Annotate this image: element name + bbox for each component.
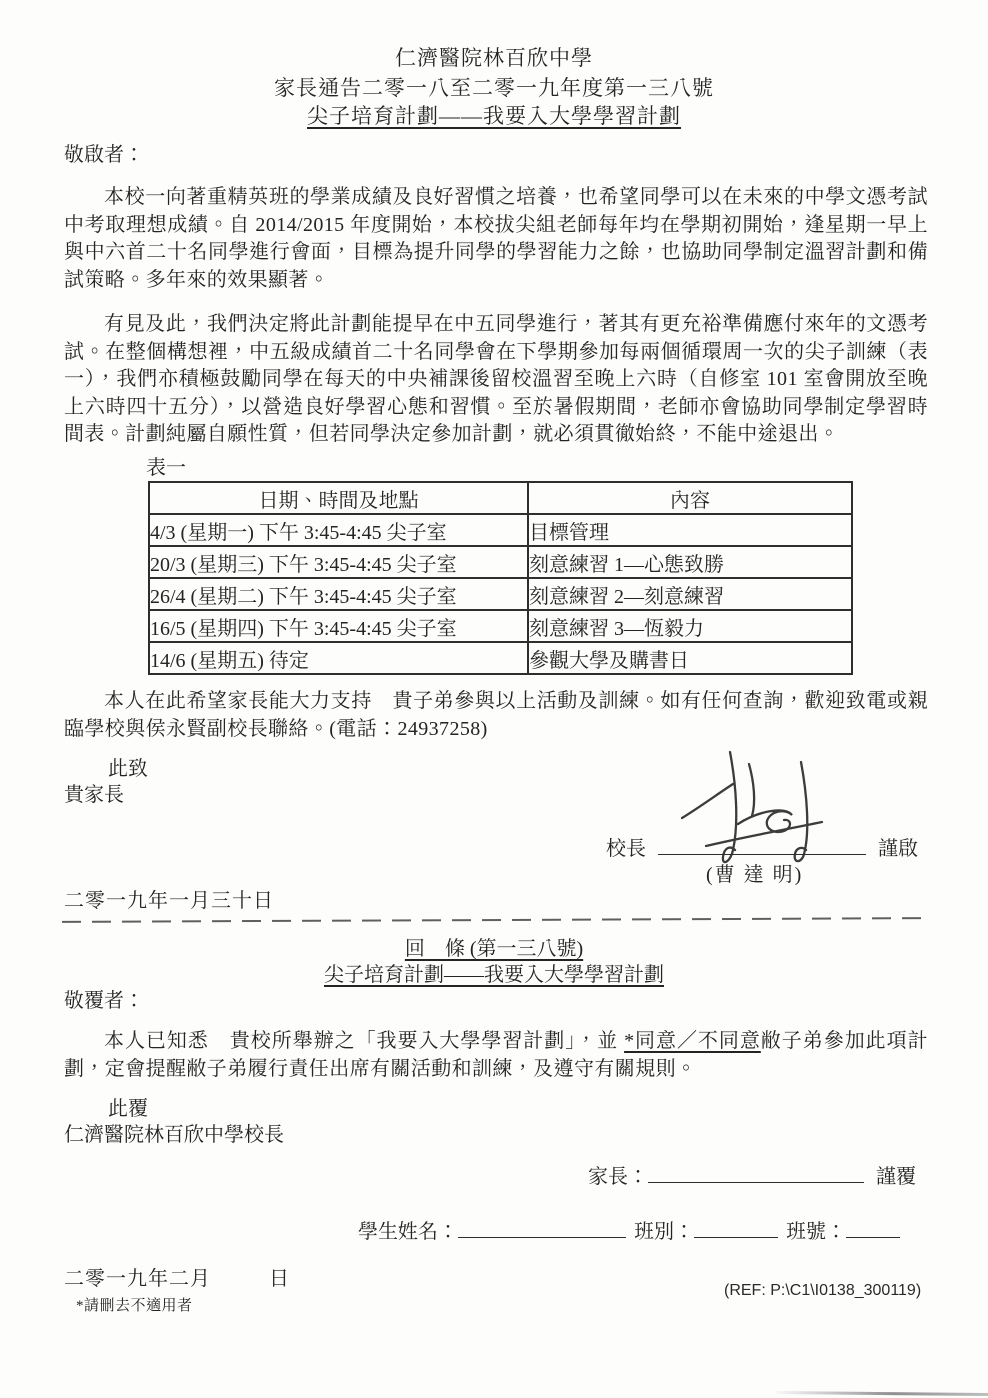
class-label: 班別： <box>634 1215 694 1244</box>
table-header-row: 日期、時間及地點 內容 <box>149 482 852 514</box>
table-cell-datetime: 26/4 (星期二) 下午 3:45-4:45 尖子室 <box>149 578 528 610</box>
agree-disagree-choice: *同意／不同意 <box>624 1030 761 1052</box>
student-name-blank <box>458 1215 626 1238</box>
table-cell-datetime: 4/3 (星期一) 下午 3:45-4:45 尖子室 <box>149 514 528 546</box>
student-name-label: 學生姓名： <box>358 1215 458 1244</box>
schedule-table: 日期、時間及地點 內容 4/3 (星期一) 下午 3:45-4:45 尖子室 目… <box>148 481 853 675</box>
principal-sign-line <box>658 832 866 855</box>
principal-label: 校長 <box>606 832 646 861</box>
paragraph-3: 本人在此希望家長能大力支持 貴子弟參與以上活動及訓練。如有任何查詢，歡迎致電或親… <box>64 688 928 743</box>
table-cell-content: 參觀大學及購書日 <box>528 642 852 674</box>
notice-number-text: 家長通告二零一八至二零一九年度第一三八號 <box>274 76 714 100</box>
table-cell-content: 刻意練習 3—恆毅力 <box>528 610 852 642</box>
reply-date-suffix: 日 <box>269 1262 290 1291</box>
parent-sign-blank <box>648 1160 864 1183</box>
school-name: 仁濟醫院林百欣中學 <box>0 44 988 72</box>
principal-sign-row: 校長 謹啟 <box>606 832 918 861</box>
reply-paragraph: 本人已知悉 貴校所舉辦之「我要入大學學習計劃」，並 *同意／不同意敝子弟參加此項… <box>64 1028 928 1083</box>
paragraph-2: 有見及此，我們決定將此計劃能提早在中五同學進行，著其有更充裕準備應付來年的文憑考… <box>64 311 928 449</box>
table-cell-content: 刻意練習 2—刻意練習 <box>528 578 852 610</box>
reply-slip-title-text: 回 條 (第一三八號) <box>405 938 583 960</box>
table-cell-datetime: 14/6 (星期五) 待定 <box>149 642 528 674</box>
parent-sign-row: 家長： 謹覆 <box>588 1160 916 1189</box>
reply-slip-title: 回 條 (第一三八號) <box>0 932 988 961</box>
student-info-row: 學生姓名： 班別： 班號： <box>358 1215 900 1244</box>
reply-slip-subtitle-text: 尖子培育計劃——我要入大學學習計劃 <box>324 964 664 986</box>
reply-slip-subtitle: 尖子培育計劃——我要入大學學習計劃 <box>0 958 988 987</box>
notice-date: 二零一九年一月三十日 <box>64 888 274 914</box>
reference-code: (REF: P:\C1\I0138_300119) <box>724 1282 921 1300</box>
table-row: 20/3 (星期三) 下午 3:45-4:45 尖子室 刻意練習 1—心態致勝 <box>149 546 852 578</box>
reply-salutation: 敬覆者： <box>64 988 144 1014</box>
table-cell-datetime: 16/5 (星期四) 下午 3:45-4:45 尖子室 <box>149 610 528 642</box>
principal-name: (曹 達 明) <box>706 858 803 887</box>
table-row: 26/4 (星期二) 下午 3:45-4:45 尖子室 刻意練習 2—刻意練習 <box>149 578 852 610</box>
school-name-text: 仁濟醫院林百欣中學 <box>395 46 593 70</box>
salutation: 敬啟者： <box>64 142 144 168</box>
closing-recipient: 貴家長 <box>64 782 124 808</box>
notice-number: 家長通告二零一八至二零一九年度第一三八號 <box>0 74 988 102</box>
table-cell-datetime: 20/3 (星期三) 下午 3:45-4:45 尖子室 <box>149 546 528 578</box>
column-header-content: 內容 <box>528 482 852 514</box>
table-label: 表一 <box>146 455 186 481</box>
parent-respect: 謹覆 <box>876 1160 916 1189</box>
closing-cizhi: 此致 <box>108 756 148 782</box>
table-cell-content: 刻意練習 1—心態致勝 <box>528 546 852 578</box>
principal-respect: 謹啟 <box>878 832 918 861</box>
tear-off-divider <box>62 917 930 923</box>
class-blank <box>694 1215 778 1238</box>
reply-cifu: 此覆 <box>108 1096 148 1122</box>
table-row: 16/5 (星期四) 下午 3:45-4:45 尖子室 刻意練習 3—恆毅力 <box>149 610 852 642</box>
scan-artifact-line <box>776 1391 988 1396</box>
reply-body-pre: 本人已知悉 貴校所舉辦之「我要入大學學習計劃」，並 <box>104 1030 624 1052</box>
scanned-notice-page: 仁濟醫院林百欣中學 家長通告二零一八至二零一九年度第一三八號 尖子培育計劃——我… <box>0 0 988 1398</box>
table-row: 4/3 (星期一) 下午 3:45-4:45 尖子室 目標管理 <box>149 514 852 546</box>
table-row: 14/6 (星期五) 待定 參觀大學及購書日 <box>149 642 852 674</box>
paragraph-1: 本校一向著重精英班的學業成績及良好習慣之培養，也希望同學可以在未來的中學文憑考試… <box>64 184 928 294</box>
notice-title: 尖子培育計劃——我要入大學學習計劃 <box>0 102 988 130</box>
delete-note: *請刪去不適用者 <box>76 1294 193 1315</box>
reply-date-prefix: 二零一九年二月 <box>64 1262 211 1291</box>
class-number-blank <box>846 1215 900 1238</box>
table-cell-content: 目標管理 <box>528 514 852 546</box>
column-header-datetime: 日期、時間及地點 <box>149 482 528 514</box>
reply-addressee: 仁濟醫院林百欣中學校長 <box>64 1122 284 1148</box>
parent-label: 家長： <box>588 1160 648 1189</box>
reply-date-row: 二零一九年二月 日 <box>64 1262 290 1291</box>
notice-title-text: 尖子培育計劃——我要入大學學習計劃 <box>307 104 681 128</box>
class-number-label: 班號： <box>786 1215 846 1244</box>
